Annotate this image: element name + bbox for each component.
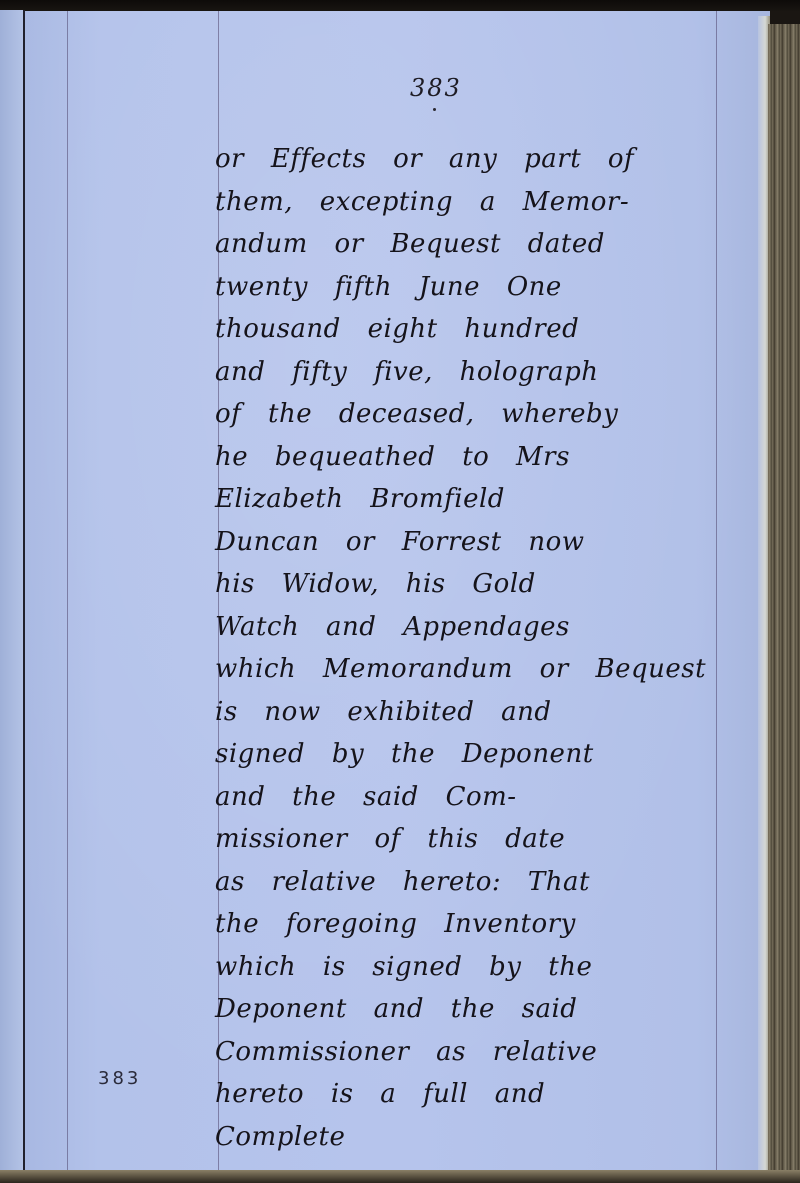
text-line: Elizabeth Bromfield (215, 478, 735, 521)
text-line: andum or Bequest dated (215, 223, 735, 266)
text-line: twenty fifth June One (215, 266, 735, 309)
handwritten-text-block: or Effects or any part of them, exceptin… (215, 138, 735, 1158)
text-line: he bequeathed to Mrs (215, 436, 735, 479)
book-page-stack (768, 24, 800, 1174)
text-line: his Widow, his Gold (215, 563, 735, 606)
text-line: is now exhibited and (215, 691, 735, 734)
text-line: missioner of this date (215, 818, 735, 861)
text-line: and fifty five, holograph (215, 351, 735, 394)
text-line: Commissioner as relative (215, 1031, 735, 1074)
text-line: Deponent and the said (215, 988, 735, 1031)
text-line: signed by the Deponent (215, 733, 735, 776)
text-line: the foregoing Inventory (215, 903, 735, 946)
text-line: and the said Com- (215, 776, 735, 819)
text-line: or Effects or any part of (215, 138, 735, 181)
text-line: of the deceased, whereby (215, 393, 735, 436)
facing-page-edge (0, 10, 24, 1173)
margin-rule-left (67, 11, 68, 1171)
text-line: hereto is a full and (215, 1073, 735, 1116)
text-line: which is signed by the (215, 946, 735, 989)
page-number-stamp: 383 (98, 1068, 141, 1089)
text-line: Watch and Appendages (215, 606, 735, 649)
text-line: which Memorandum or Bequest (215, 648, 735, 691)
text-line: Duncan or Forrest now (215, 521, 735, 564)
text-line: thousand eight hundred (215, 308, 735, 351)
text-line: Complete (215, 1116, 735, 1159)
page-number-dot (433, 108, 436, 111)
book-bottom-edge (0, 1170, 800, 1183)
text-line: them, excepting a Memor- (215, 181, 735, 224)
text-line: as relative hereto: That (215, 861, 735, 904)
page-number-header: 383 (410, 74, 462, 102)
